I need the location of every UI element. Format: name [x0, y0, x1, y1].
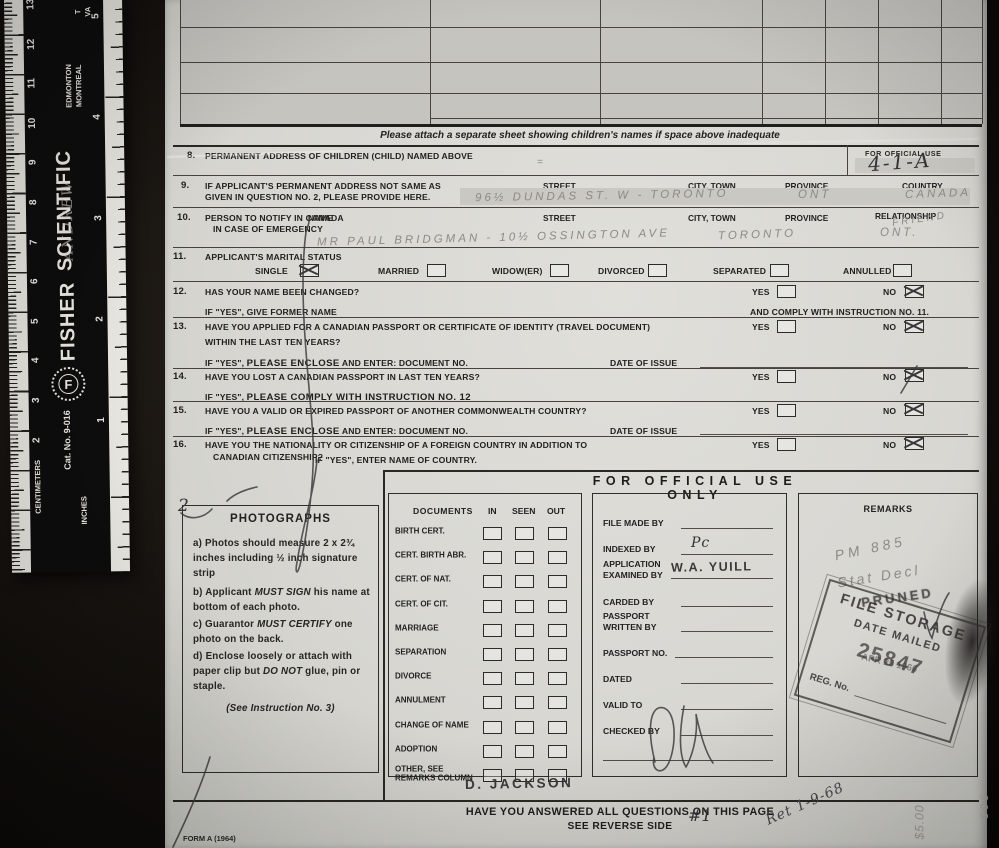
photographs-item-a: a) Photos should measure 2 x 2¾ inches i…: [193, 536, 371, 581]
document-checkbox-out: [548, 575, 567, 588]
document-checkbox-out: [548, 600, 567, 613]
passport-label: PASSPORT: [603, 611, 650, 621]
q10-header-name: NAME: [308, 213, 332, 223]
q14-label: HAVE YOU LOST A CANADIAN PASSPORT IN LAS…: [205, 372, 480, 382]
q8-stray-mark: =: [537, 157, 546, 168]
q16-label-line2: CANADIAN CITIZENSHIP?: [213, 452, 323, 462]
document-row-label: CERT. OF CIT.: [395, 600, 481, 609]
document-row: CERT. OF NAT.: [389, 568, 581, 592]
ruler-handwritten-name: ANDREW: [59, 165, 77, 275]
document-row: DIVORCE: [389, 665, 581, 689]
document-checkbox-in: [483, 672, 502, 685]
document-checkbox-seen: [515, 551, 534, 564]
ruler-cm-number: 7: [15, 234, 55, 251]
ruler-centimeters-label: CENTIMETERS: [33, 442, 43, 532]
document-checkbox-seen: [515, 527, 534, 540]
q10-number: 10.: [177, 212, 191, 223]
q10-answer-name-street: MR PAUL BRIDGMAN - 10½ OSSINGTON AVE: [317, 227, 670, 248]
edge-note-annotation: 505: [979, 769, 991, 819]
photographs-item-b: b) Applicant MUST SIGN his name at botto…: [193, 585, 371, 615]
q12-number: 12.: [173, 286, 187, 297]
photographs-count-annotation: 2: [178, 496, 189, 516]
q11-option-single-label: SINGLE: [255, 266, 288, 276]
document-checkbox-in: [483, 551, 502, 564]
fisher-scientific-ruler: 1312111098765432 54321 SCIENTIFIC FISHER…: [4, 0, 130, 573]
q11-option-annulled-label: ANNULLED: [843, 266, 891, 276]
q16-yes-label: YES: [752, 440, 770, 450]
q12-sub-right-label: AND COMPLY WITH INSTRUCTION NO. 11.: [750, 307, 929, 317]
document-checkbox-seen: [515, 745, 534, 758]
document-checkbox-out: [548, 721, 567, 734]
q12-sub-label: IF "YES", GIVE FORMER NAME: [205, 307, 337, 317]
document-row: ANNULMENT: [389, 689, 581, 713]
q10-header-street: STREET: [543, 213, 576, 223]
q11-single-x-mark: [300, 264, 317, 275]
remarks-header: REMARKS: [799, 504, 977, 514]
document-checkbox-seen: [515, 672, 534, 685]
remarks-note-1: PM 885: [833, 533, 907, 564]
q12-no-label: NO: [883, 287, 896, 297]
document-row-label: MARRIAGE: [395, 625, 481, 634]
q15-yes-checkbox: [777, 404, 796, 417]
documents-col-seen: SEEN: [512, 506, 535, 516]
photographed-form: 1312111098765432 54321 SCIENTIFIC FISHER…: [0, 0, 999, 848]
ruler-cities: EDMONTON MONTREAL: [64, 53, 85, 119]
q12-yes-label: YES: [752, 287, 770, 297]
q15-yes-label: YES: [752, 406, 770, 416]
document-checkbox-in: [483, 696, 502, 709]
document-checkbox-seen: [515, 624, 534, 637]
q12-yes-checkbox: [777, 285, 796, 298]
document-checkbox-seen: [515, 721, 534, 734]
q16-yes-checkbox: [777, 438, 796, 451]
valid-to-label: VALID TO: [603, 700, 642, 710]
q16-number: 16.: [173, 439, 187, 450]
q15-no-label: NO: [883, 406, 896, 416]
photographs-title: PHOTOGRAPHS: [183, 513, 378, 525]
q9-answer-province: ONT: [798, 189, 831, 201]
document-checkbox-in: [483, 745, 502, 758]
q13-number: 13.: [173, 321, 187, 332]
fee-note-annotation: $5.00: [913, 755, 927, 840]
q10-label-line2: IN CASE OF EMERGENCY: [213, 224, 323, 234]
q13-no-x-mark: [905, 320, 922, 331]
document-row: ADOPTION: [389, 738, 581, 762]
document-checkbox-in: [483, 575, 502, 588]
q9-label-line1: IF APPLICANT'S PERMANENT ADDRESS NOT SAM…: [205, 181, 441, 191]
document-row-label: CHANGE OF NAME: [395, 721, 481, 730]
q13-label: HAVE YOU APPLIED FOR A CANADIAN PASSPORT…: [205, 322, 650, 332]
q13-yes-checkbox: [777, 320, 796, 333]
ruler-inches-label: INCHES: [79, 485, 89, 535]
document-checkbox-out: [548, 745, 567, 758]
checked-by-label: CHECKED BY: [603, 726, 660, 736]
file-storage-stamp-reg-label: REG. No.: [808, 672, 851, 695]
document-checkbox-in: [483, 624, 502, 637]
document-checkbox-seen: [515, 648, 534, 661]
q14-number: 14.: [173, 371, 187, 382]
file-made-by-label: FILE MADE BY: [603, 518, 664, 528]
examined-by-value-stamp: W.A. YUILL: [671, 559, 753, 574]
fisher-logo-icon: F: [51, 367, 85, 401]
children-table-caption: Please attach a separate sheet showing c…: [265, 130, 895, 141]
q8-official-use-value: 4-1-A: [867, 148, 932, 176]
document-row-label: SEPARATION: [395, 649, 481, 658]
document-checkbox-out: [548, 696, 567, 709]
passport-no-label: PASSPORT NO.: [603, 648, 667, 658]
document-row: CERT. OF CIT.: [389, 593, 581, 617]
q11-option-married-checkbox: [427, 264, 446, 277]
examined-by-label: EXAMINED BY: [603, 570, 663, 580]
q10-header-province: PROVINCE: [785, 213, 828, 223]
q9-label-line2: GIVEN IN QUESTION NO. 2, PLEASE PROVIDE …: [205, 192, 430, 202]
ruler-inch-number: 5: [45, 8, 146, 24]
document-checkbox-out: [548, 551, 567, 564]
q13-date-of-issue-label: DATE OF ISSUE: [610, 358, 677, 368]
examiner-name-stamp: D. JACKSON: [465, 775, 574, 792]
q15-date-of-issue-label: DATE OF ISSUE: [610, 426, 677, 436]
q14-yes-checkbox: [777, 370, 796, 383]
photographs-box: PHOTOGRAPHS a) Photos should measure 2 x…: [182, 505, 379, 773]
ruler-cm-number: 11: [12, 75, 52, 92]
document-checkbox-out: [548, 672, 567, 685]
document-checkbox-seen: [515, 575, 534, 588]
document-checkbox-in: [483, 648, 502, 661]
document-checkbox-seen: [515, 696, 534, 709]
q15-label: HAVE YOU A VALID OR EXPIRED PASSPORT OF …: [205, 406, 587, 416]
ruler-cm-number: 8: [14, 194, 54, 211]
document-row: SEPARATION: [389, 641, 581, 665]
documents-col-out: OUT: [547, 506, 565, 516]
document-checkbox-out: [548, 648, 567, 661]
q11-option-married-label: MARRIED: [378, 266, 419, 276]
dated-label: DATED: [603, 674, 632, 684]
document-row-label: ADOPTION: [395, 745, 481, 754]
indexed-by-label: INDEXED BY: [603, 544, 656, 554]
q11-option-widower-label: WIDOW(ER): [492, 266, 543, 276]
q11-number: 11.: [173, 251, 186, 262]
document-row: MARRIAGE: [389, 617, 581, 641]
q15-number: 15.: [173, 405, 187, 416]
document-checkbox-out: [548, 624, 567, 637]
document-row: CERT. BIRTH ABR.: [389, 544, 581, 568]
q14-yes-label: YES: [752, 372, 770, 382]
q15-no-x-mark: [905, 403, 922, 414]
document-row-label: DIVORCE: [395, 673, 481, 682]
ruler-inch-number: 4: [47, 109, 148, 125]
document-row-label: CERT. BIRTH ABR.: [395, 552, 481, 561]
q11-label: APPLICANT'S MARITAL STATUS: [205, 252, 342, 262]
page-mark-annotation: #1: [688, 806, 712, 825]
ruler-brand-fisher: FISHER: [56, 281, 80, 361]
document-row: CHANGE OF NAME: [389, 714, 581, 738]
document-checkbox-out: [548, 527, 567, 540]
indexed-by-value: Pc: [691, 535, 710, 551]
q16-no-label: NO: [883, 440, 896, 450]
q16-no-x-mark: [905, 437, 922, 448]
documents-col-in: IN: [488, 506, 497, 516]
document-checkbox-seen: [515, 600, 534, 613]
q14-no-x-mark: [905, 369, 922, 380]
q11-option-divorced-label: DIVORCED: [598, 266, 645, 276]
q11-option-separated-checkbox: [770, 264, 789, 277]
q13-label-line2: WITHIN THE LAST TEN YEARS?: [205, 337, 341, 347]
q13-no-label: NO: [883, 322, 896, 332]
documents-header: DOCUMENTS: [413, 506, 473, 516]
q16-sub-label: IF "YES", ENTER NAME OF COUNTRY.: [315, 455, 477, 465]
ruler-cm-number: 4: [16, 352, 56, 369]
q12-label: HAS YOUR NAME BEEN CHANGED?: [205, 287, 359, 297]
ruler-cm-number: 6: [15, 273, 55, 290]
document-checkbox-in: [483, 721, 502, 734]
photographs-note: (See Instruction No. 3): [183, 701, 378, 716]
document-checkbox-in: [483, 600, 502, 613]
ruler-cm-number: 9: [13, 154, 53, 171]
ruler-cm-number: 3: [17, 392, 57, 409]
q10-answer-province: ONT.: [880, 227, 918, 239]
processing-box: FILE MADE BY INDEXED BY Pc APPLICATION E…: [592, 493, 787, 777]
ruler-cat-no: Cat. No. 9-016: [62, 398, 73, 482]
q13-yes-label: YES: [752, 322, 770, 332]
passport-application-form: Please attach a separate sheet showing c…: [165, 0, 987, 848]
q12-no-x-mark: [905, 285, 922, 296]
ruler-cm-number: 12: [12, 36, 52, 53]
document-row-label: BIRTH CERT.: [395, 528, 481, 537]
form-code: FORM A (1964): [183, 834, 236, 843]
q14-no-label: NO: [883, 372, 896, 382]
q16-label: HAVE YOU THE NATIONALITY OR CITIZENSHIP …: [205, 440, 587, 450]
document-row-label: CERT. OF NAT.: [395, 576, 481, 585]
q10-header-city: CITY, TOWN: [688, 213, 736, 223]
q9-answer-country: CANADA: [905, 187, 971, 201]
q10-answer-city: TORONTO: [718, 228, 796, 243]
written-by-label: WRITTEN BY: [603, 622, 656, 632]
documents-rows: BIRTH CERT. CERT. BIRTH ABR. CERT. O: [389, 520, 581, 786]
document-checkbox-in: [483, 527, 502, 540]
carded-by-label: CARDED BY: [603, 597, 654, 607]
q11-option-separated-label: SEPARATED: [713, 266, 766, 276]
ruler-top-partial-text: T VA: [73, 0, 93, 27]
photographs-item-d: d) Enclose loosely or attach with paper …: [193, 649, 371, 694]
document-row-label: ANNULMENT: [395, 697, 481, 706]
q11-option-annulled-checkbox: [893, 264, 912, 277]
document-row: BIRTH CERT.: [389, 520, 581, 544]
q11-option-divorced-checkbox: [648, 264, 667, 277]
documents-box: DOCUMENTS IN SEEN OUT BIRTH CERT. CERT. …: [388, 493, 582, 777]
q11-option-widower-checkbox: [550, 264, 569, 277]
q9-number: 9.: [181, 180, 189, 191]
application-label: APPLICATION: [603, 559, 661, 569]
photographs-item-c: c) Guarantor MUST CERTIFY one photo on t…: [193, 617, 371, 647]
